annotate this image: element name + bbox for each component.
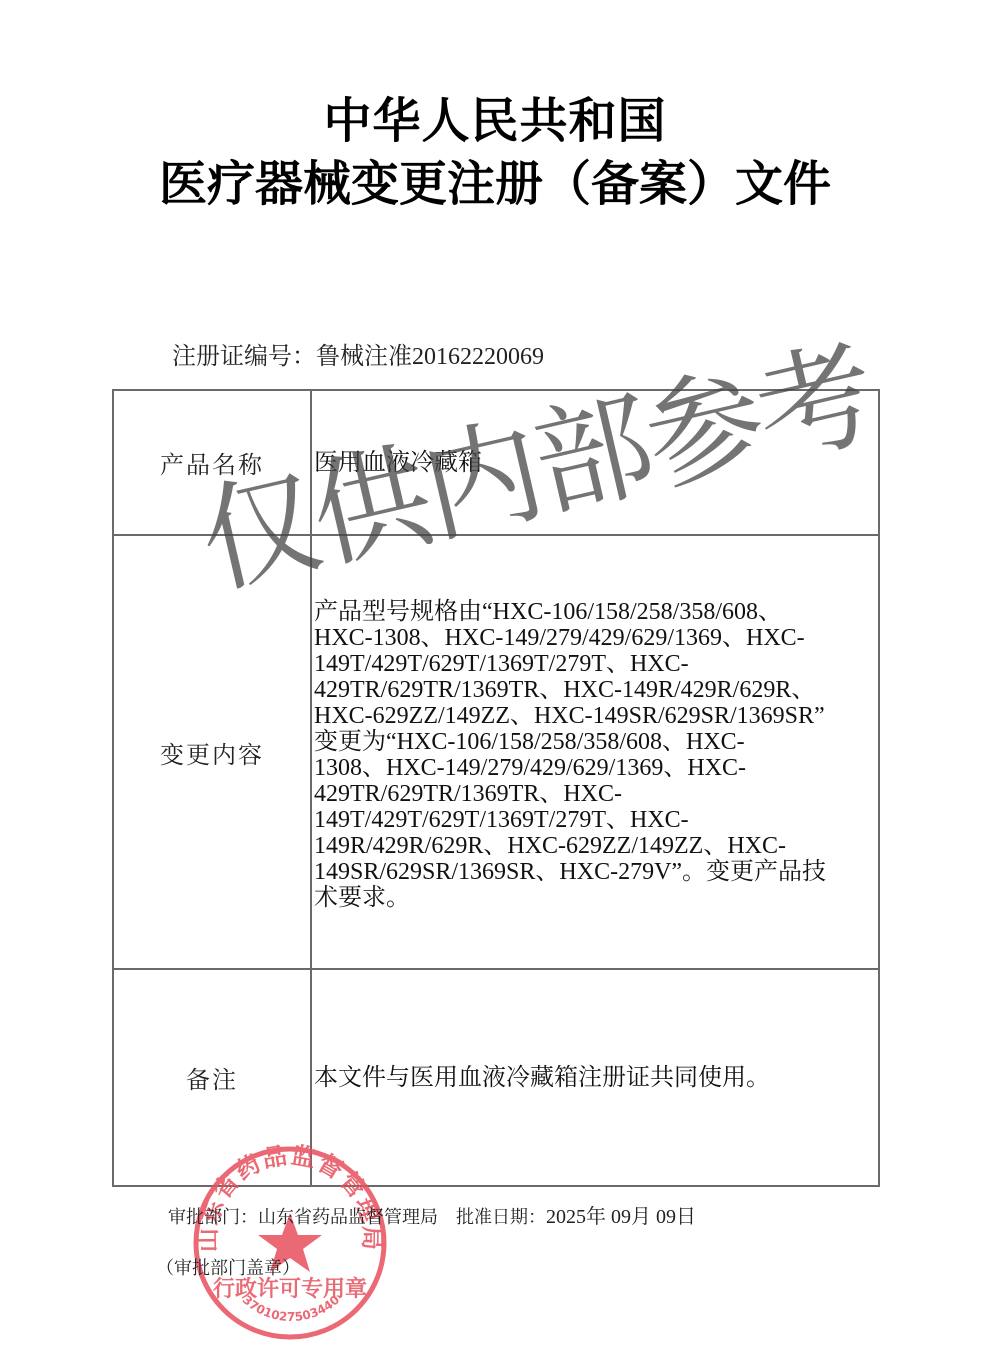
product-name-label: 产品名称 bbox=[113, 390, 311, 535]
remarks-value: 本文件与医用血液冷藏箱注册证共同使用。 bbox=[311, 969, 879, 1186]
registration-number-value: 鲁械注准20162220069 bbox=[316, 344, 544, 370]
approval-info: 审批部门：山东省药品监督管理局批准日期：2025年 09月 09日 bbox=[168, 1200, 696, 1229]
table-row-change-content: 变更内容 产品型号规格由“HXC-106/158/258/358/608、 HX… bbox=[113, 535, 879, 969]
remarks-label: 备注 bbox=[113, 969, 311, 1186]
document-page: 中华人民共和国 医疗器械变更注册（备案）文件 注册证编号：鲁械注准2016222… bbox=[0, 0, 990, 1368]
document-title: 医疗器械变更注册（备案）文件 bbox=[0, 145, 990, 214]
table-row-product-name: 产品名称 医用血液冷藏箱 bbox=[113, 390, 879, 535]
change-registration-table: 产品名称 医用血液冷藏箱 变更内容 产品型号规格由“HXC-106/158/25… bbox=[112, 389, 880, 1187]
registration-number: 注册证编号：鲁械注准20162220069 bbox=[172, 336, 544, 371]
document-title-country: 中华人民共和国 bbox=[0, 82, 990, 151]
change-content-cell: 产品型号规格由“HXC-106/158/258/358/608、 HXC-130… bbox=[311, 535, 879, 969]
table-row-remarks: 备注 本文件与医用血液冷藏箱注册证共同使用。 bbox=[113, 969, 879, 1186]
product-name-value: 医用血液冷藏箱 bbox=[311, 390, 879, 535]
approval-dept-label: 审批部门： bbox=[168, 1207, 258, 1228]
change-content-label: 变更内容 bbox=[113, 535, 311, 969]
change-content-value: 产品型号规格由“HXC-106/158/258/358/608、 HXC-130… bbox=[314, 593, 872, 911]
stamp-number: 3701027503440 bbox=[240, 1293, 342, 1324]
svg-text:3701027503440: 3701027503440 bbox=[240, 1293, 342, 1324]
seal-note: （审批部门盖章） bbox=[156, 1254, 300, 1280]
approval-date-label: 批准日期： bbox=[456, 1207, 546, 1228]
approval-dept-value: 山东省药品监督管理局 bbox=[258, 1207, 438, 1228]
registration-number-label: 注册证编号： bbox=[172, 342, 316, 370]
approval-date-value: 2025年 09月 09日 bbox=[546, 1206, 696, 1228]
